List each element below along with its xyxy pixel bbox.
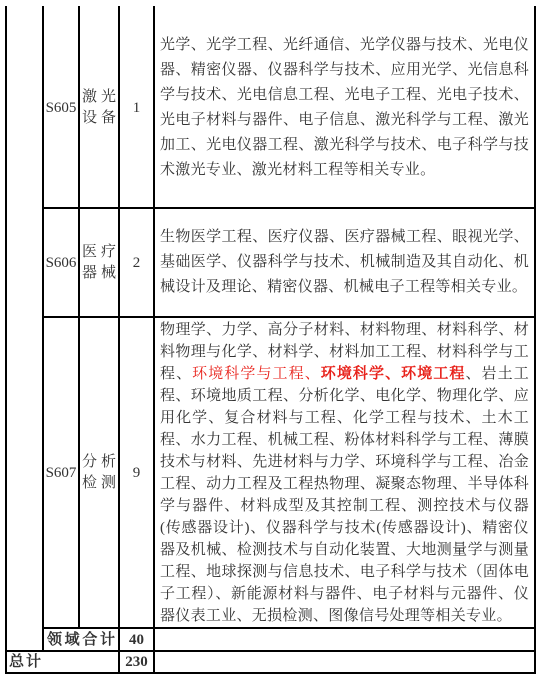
row-s606-name: 医疗 器械 <box>80 209 118 316</box>
code-text: S606 <box>46 253 77 273</box>
row-s606-majors: 生物医学工程、医疗仪器、医疗器械工程、眼视光学、基础医学、仪器科学与技术、机械制… <box>155 209 534 316</box>
row-s607-name: 分析 检测 <box>80 318 118 627</box>
grand-total-value: 230 <box>125 652 148 672</box>
majors-segment-red-bold: 环境科学、环境工程 <box>321 366 466 382</box>
row-s607-code: S607 <box>44 318 78 627</box>
domain-total-value: 40 <box>129 630 144 650</box>
majors-segment-plain-tail: 、岩土工程、环境地质工程、分析化学、电化学、物理化学、应用化学、复合材料与工程、… <box>160 366 529 624</box>
domain-total-label: 领域合计 <box>44 630 118 650</box>
domain-total-label-cell: 领域合计 <box>44 629 118 650</box>
row-s607-count: 9 <box>120 318 153 627</box>
table-border-bottom <box>5 672 536 674</box>
document-page: S605 激光 设备 1 光学、光学工程、光纤通信、光学仪器与技术、光电仪器、精… <box>0 0 542 687</box>
row-s607-majors: 物理学、力学、高分子材料、材料物理、材料科学、材料物理与化学、材料学、材料加工工… <box>155 318 534 627</box>
name-line-1: 医疗 <box>82 242 116 263</box>
name-line-2: 器械 <box>82 263 116 284</box>
name-line-1: 分析 <box>82 452 116 473</box>
row-s606-code: S606 <box>44 209 78 316</box>
row-s606-count: 2 <box>120 209 153 316</box>
majors-text: 光学、光学工程、光纤通信、光学仪器与技术、光电仪器、精密仪器、仪器科学与技术、应… <box>155 33 534 183</box>
grand-total-value-cell: 230 <box>120 652 153 672</box>
code-text: S607 <box>46 463 77 483</box>
grand-total-label: 总计 <box>9 652 43 672</box>
count-text: 1 <box>133 98 141 118</box>
count-text: 2 <box>133 253 141 273</box>
majors-text: 生物医学工程、医疗仪器、医疗器械工程、眼视光学、基础医学、仪器科学与技术、机械制… <box>155 225 534 300</box>
majors-text-rich: 物理学、力学、高分子材料、材料物理、材料科学、材料物理与化学、材料学、材料加工工… <box>155 319 534 627</box>
majors-segment-red: 环境科学与工程、 <box>192 366 321 382</box>
table-border-right <box>534 6 536 674</box>
code-text: S605 <box>46 98 77 118</box>
domain-total-value-cell: 40 <box>120 629 153 650</box>
count-text: 9 <box>133 463 141 483</box>
name-line-1: 激光 <box>82 87 116 108</box>
row-s605-name: 激光 设备 <box>80 8 118 207</box>
name-line-2: 检测 <box>82 473 116 494</box>
row-s605-code: S605 <box>44 8 78 207</box>
grand-total-label-cell: 总计 <box>7 652 120 672</box>
row-s605-count: 1 <box>120 8 153 207</box>
table-border-left <box>5 6 7 674</box>
row-s605-majors: 光学、光学工程、光纤通信、光学仪器与技术、光电仪器、精密仪器、仪器科学与技术、应… <box>155 8 534 207</box>
name-line-2: 设备 <box>82 108 116 129</box>
